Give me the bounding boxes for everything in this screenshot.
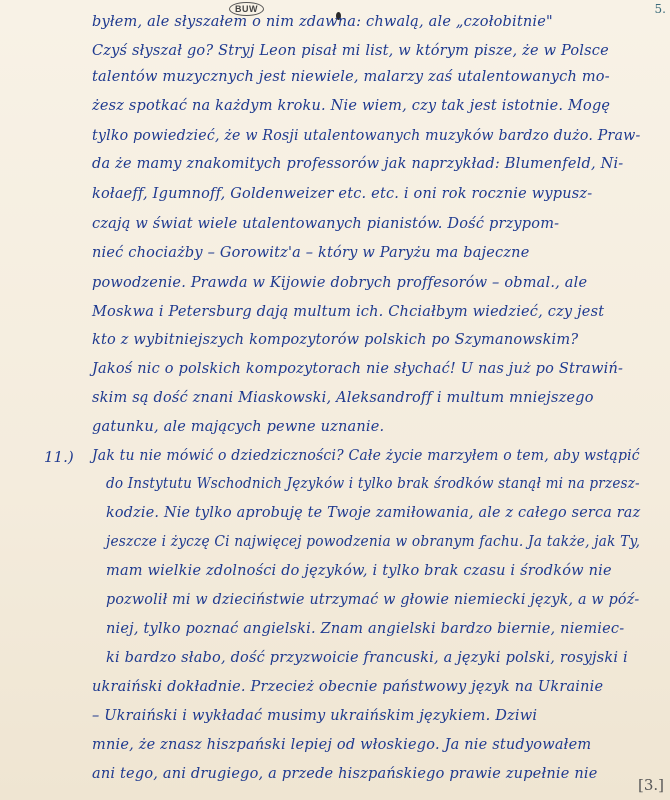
text-line: ani tego, ani drugiego, a przede hiszpań… <box>92 766 598 782</box>
paragraph-number: 11.) <box>44 448 74 466</box>
text-line: żesz spotkać na każdym kroku. Nie wiem, … <box>92 98 610 114</box>
text-line: mnie, że znasz hiszpański lepiej od włos… <box>92 737 591 753</box>
corner-page-marker: 5. <box>655 2 666 16</box>
text-line: – Ukraiński i wykładać musimy ukraińskim… <box>92 708 537 724</box>
text-line: ukraiński dokładnie. Przecież obecnie pa… <box>92 679 603 695</box>
text-line: Moskwa i Petersburg dają multum ich. Chc… <box>92 304 604 320</box>
text-line: kołaeff, Igumnoff, Goldenweizer etc. etc… <box>92 186 592 202</box>
text-line: tylko powiedzieć, że w Rosji utalentowan… <box>92 128 640 144</box>
text-line: niej, tylko poznać angielski. Znam angie… <box>106 621 624 637</box>
text-line: Jakoś nic o polskich kompozytorach nie s… <box>92 361 623 377</box>
text-line: pozwolił mi w dzieciństwie utrzymać w gł… <box>106 592 639 608</box>
text-line: da że mamy znakomitych professorów jak n… <box>92 156 623 172</box>
text-line: jeszcze i życzę Ci najwięcej powodzenia … <box>106 534 640 550</box>
bottom-page-marker: [3.] <box>638 776 664 794</box>
text-line: talentów muzycznych jest niewiele, malar… <box>92 69 610 85</box>
text-line: skim są dość znani Miaskowski, Aleksandr… <box>92 390 594 406</box>
text-line: mam wielkie zdolności do języków, i tylk… <box>106 563 612 579</box>
text-line: nieć chociażby – Gorowitz'a – który w Pa… <box>92 245 530 261</box>
text-line: kto z wybitniejszych kompozytorów polski… <box>92 332 578 348</box>
text-line: kodzie. Nie tylko aprobuję te Twoje zami… <box>106 505 640 521</box>
text-line: ki bardzo słabo, dość przyzwoicie francu… <box>106 650 628 666</box>
text-line: byłem, ale słyszałem o nim zdawna: chwal… <box>92 14 553 30</box>
text-line: czają w świat wiele utalentowanych piani… <box>92 216 559 232</box>
letter-page: BUW 5. byłem, ale słyszałem o nim zdawna… <box>0 0 670 800</box>
text-line: powodzenie. Prawda w Kijowie dobrych pro… <box>92 275 587 291</box>
text-line: Czyś słyszał go? Stryj Leon pisał mi lis… <box>92 43 609 59</box>
text-line: gatunku, ale mających pewne uznanie. <box>92 419 384 435</box>
text-line: do Instytutu Wschodnich Języków i tylko … <box>106 476 640 492</box>
text-line: Jak tu nie mówić o dziedziczności? Całe … <box>92 448 640 464</box>
